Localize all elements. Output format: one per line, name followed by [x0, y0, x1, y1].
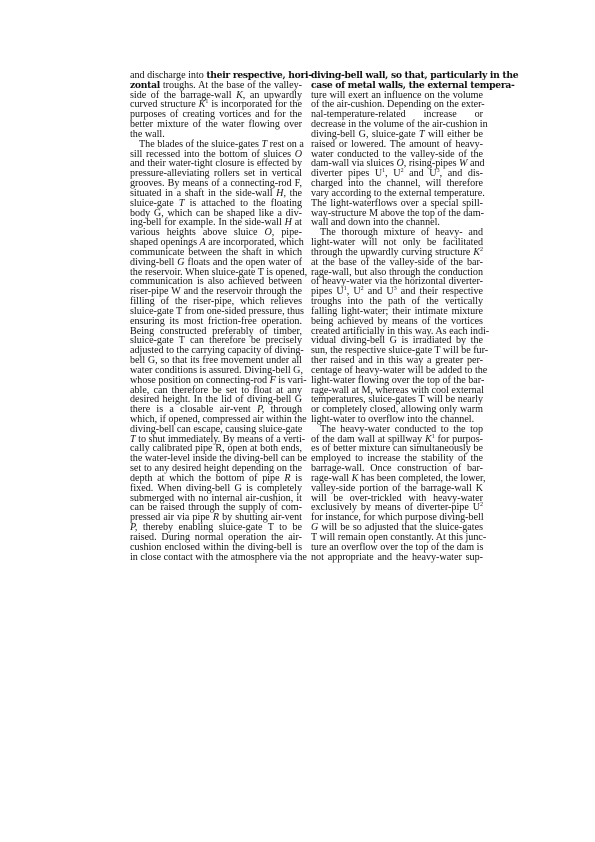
text-line: not appropriate and the heavy-water sup-	[311, 553, 483, 563]
text-line: in close contact with the atmosphere via…	[130, 553, 302, 563]
superscript: 2	[480, 502, 483, 508]
text-column-left: and discharge into their respective, hor…	[130, 71, 302, 562]
text-run: in close contact with the atmosphere via…	[130, 552, 307, 563]
superscript: 2	[480, 247, 483, 253]
document-page: and discharge into their respective, hor…	[0, 0, 595, 842]
text-run: not appropriate and the heavy-water sup-	[311, 552, 483, 563]
text-column-right: diving-bell wall, so that, particularly …	[311, 71, 483, 562]
